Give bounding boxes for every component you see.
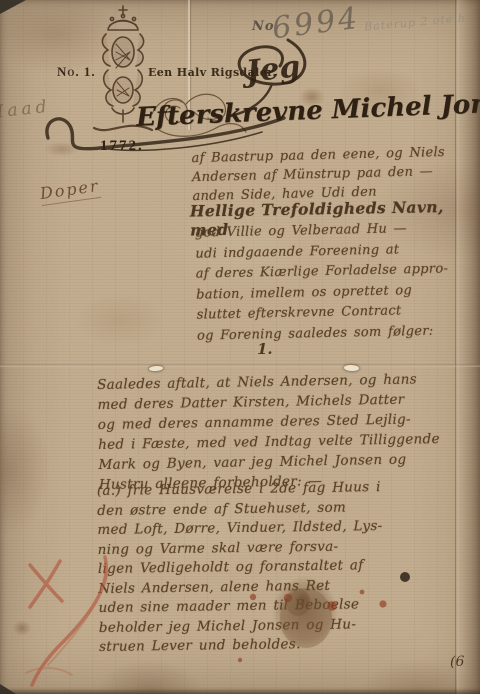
document-photo: No 6994 Baterup 2 ote h No. 1. Een Halv … <box>0 0 480 694</box>
ink-blots <box>0 0 480 694</box>
